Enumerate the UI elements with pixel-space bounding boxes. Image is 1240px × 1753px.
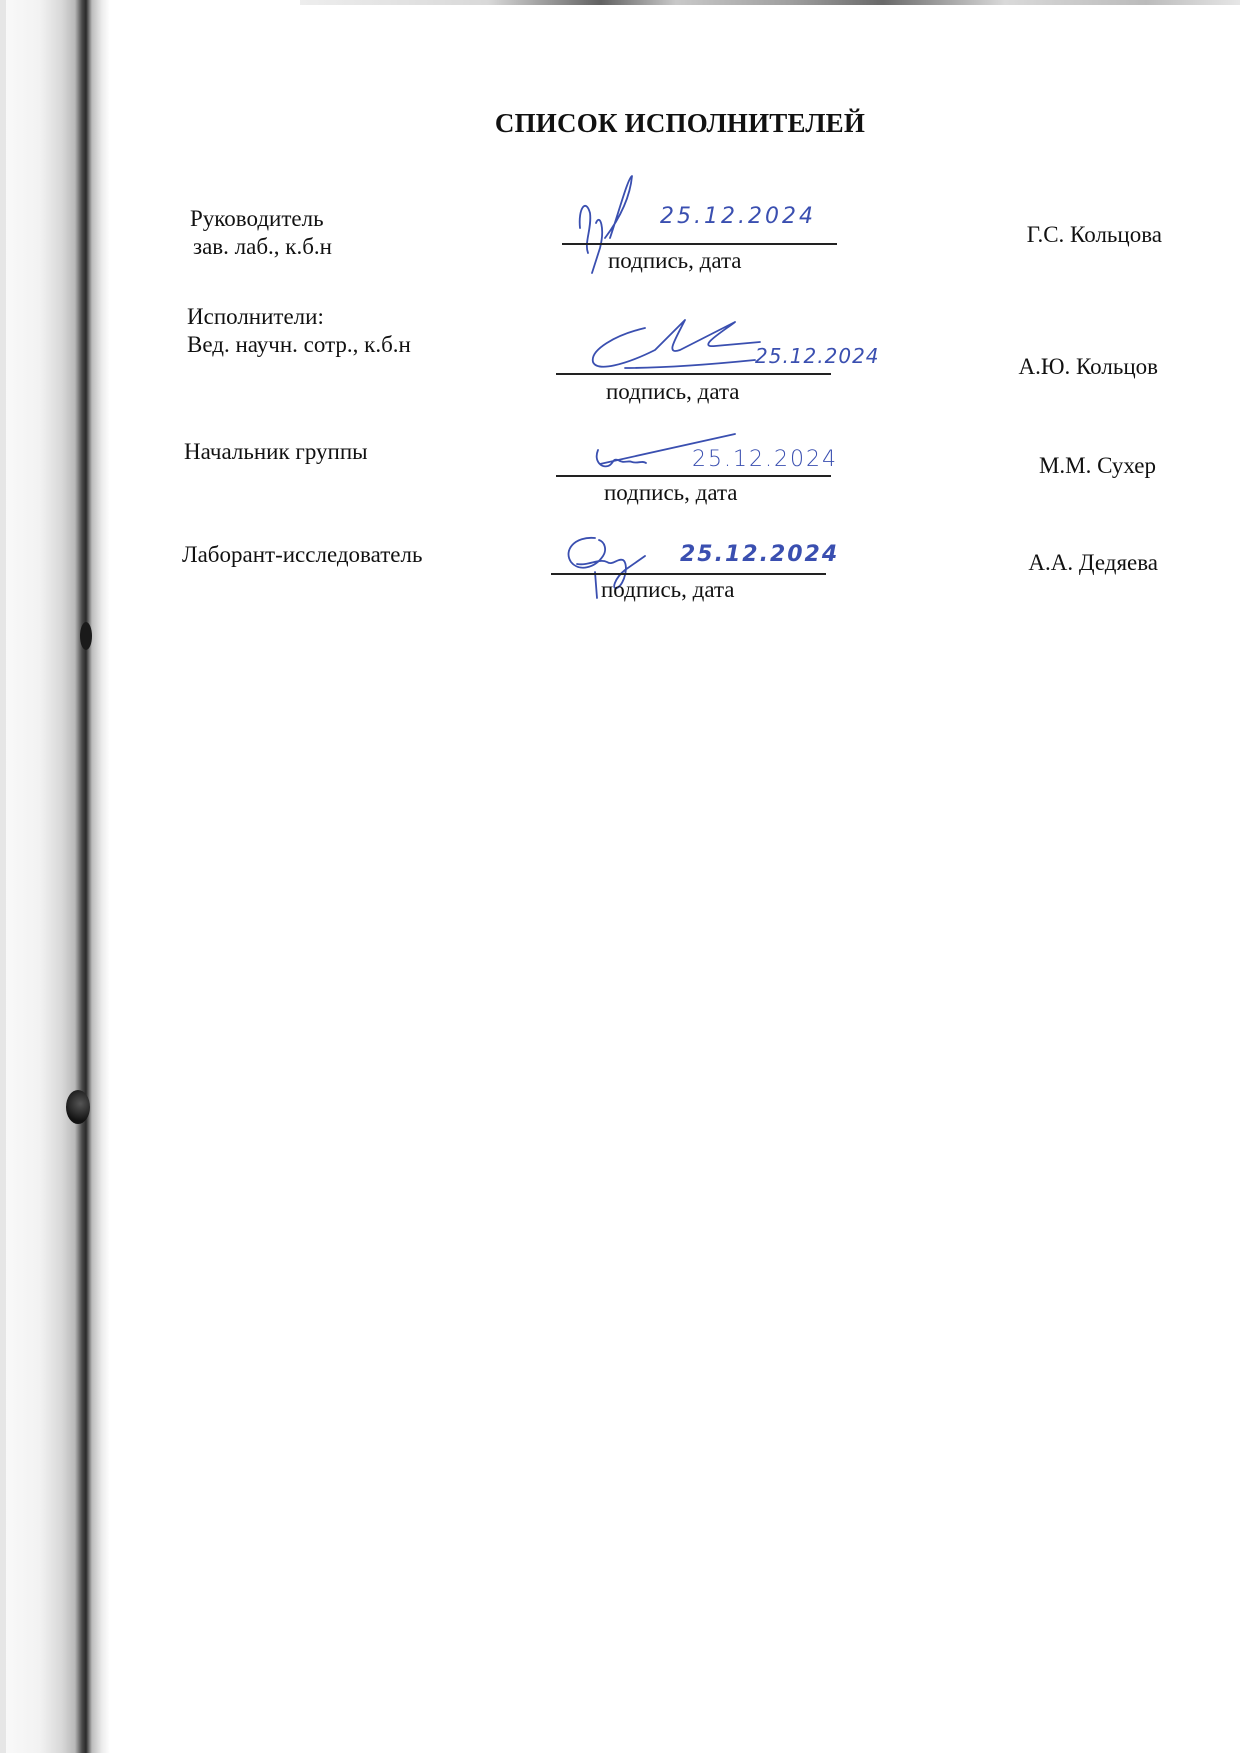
page-edge — [0, 0, 6, 1753]
role-position: Вед. научн. сотр., к.б.н — [187, 331, 411, 359]
signature-line — [556, 373, 831, 375]
role-label: Лаборант-исследователь — [182, 541, 422, 569]
handwritten-date: 25.12.2024 — [660, 204, 816, 229]
role-label: Начальник группы — [184, 438, 368, 466]
scan-top-edge — [300, 0, 1240, 5]
person-name: Г.С. Кольцова — [1027, 222, 1162, 248]
role-label: Руководитель зав. лаб., к.б.н — [190, 205, 332, 261]
signature-line — [556, 475, 831, 477]
punch-hole — [80, 622, 92, 650]
signature-line — [551, 573, 826, 575]
role-position: зав. лаб., к.б.н — [190, 233, 332, 261]
role-title: Руководитель — [190, 206, 324, 231]
role-label: Исполнители: Вед. научн. сотр., к.б.н — [187, 303, 411, 359]
signature-caption: подпись, дата — [604, 480, 738, 506]
handwritten-date: 25.12.2024 — [755, 344, 880, 368]
binding-shadow — [0, 0, 110, 1753]
person-name: А.Ю. Кольцов — [1018, 354, 1158, 380]
role-title: Лаборант-исследователь — [182, 542, 422, 567]
person-name: М.М. Сухер — [1039, 453, 1156, 479]
person-name: А.А. Дедяева — [1028, 550, 1158, 576]
signature-caption: подпись, дата — [606, 379, 740, 405]
handwritten-date: 25.12.2024 — [692, 447, 838, 472]
page-title: СПИСОК ИСПОЛНИТЕЛЕЙ — [0, 108, 1240, 139]
signature-caption: подпись, дата — [608, 248, 742, 274]
signature-caption: подпись, дата — [601, 577, 735, 603]
handwritten-date: 25.12.2024 — [680, 542, 839, 567]
signature-line — [562, 243, 837, 245]
role-title: Начальник группы — [184, 439, 368, 464]
punch-hole — [66, 1090, 90, 1124]
handwritten-signature — [585, 310, 765, 380]
role-title: Исполнители: — [187, 304, 324, 329]
